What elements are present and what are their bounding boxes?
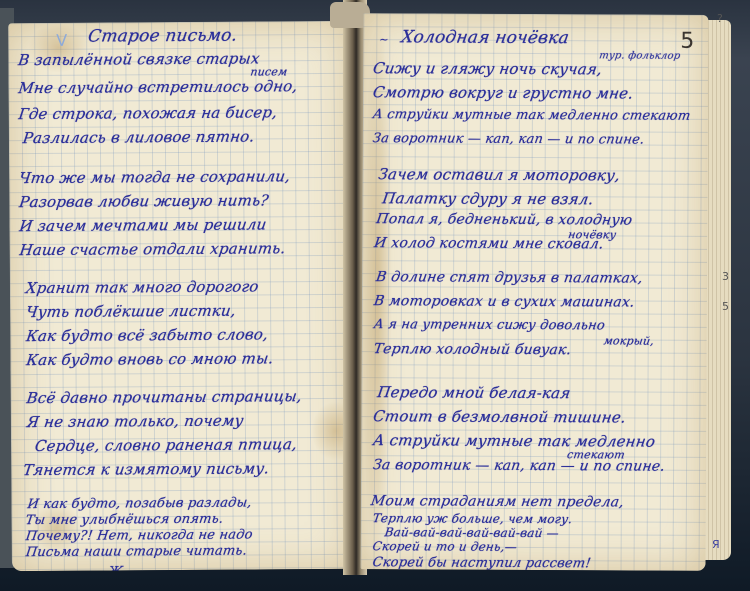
poem-line: И холод костями мне сковал. — [373, 235, 605, 252]
poem-line: Скорей и то и день,— — [372, 539, 518, 554]
poem-line: Передо мной белая-кая — [376, 383, 572, 402]
poem-line: Наше счастье отдали хранить. — [18, 239, 286, 259]
poem-line: Смотрю вокруг и грустно мне. — [372, 83, 635, 102]
poem-line: А я на утренних сижу довольно — [373, 317, 606, 333]
poem-line: А струйки мутные так медленно стекают — [372, 107, 692, 124]
corner-mark: ~ — [378, 33, 389, 46]
poem-line: Что же мы тогда не сохранили, — [18, 167, 291, 187]
poem-line: Моим страданиям нет предела, — [370, 493, 625, 510]
poem-line: Вай-вай-вай-вай-вай-вай — — [384, 525, 560, 540]
poem-line: Как будто всё забыто слово, — [25, 325, 269, 345]
poem-line: Чуть поблёкшие листки, — [25, 302, 237, 321]
poem-line: мокрый, — [603, 334, 655, 347]
right-page: 5 ~ Холодная ночёвка тур. фольклор Сижу … — [361, 13, 709, 571]
poem-line: Я не знаю только, почему — [26, 412, 245, 432]
poem-line: Мне случайно встретилось одно, — [17, 77, 298, 97]
page-stack-edge — [705, 20, 731, 560]
poem-line: За воротник — кап, кап — и по спине. — [372, 131, 646, 147]
poem-line: Скорей бы наступил рассвет! — [371, 555, 591, 571]
poem-line: Тянется к измятому письму. — [22, 459, 271, 479]
poem-line: Стоит в безмолвной тишине. — [372, 407, 627, 426]
check-mark: V — [56, 31, 67, 50]
margin-mark: Я — [712, 538, 720, 551]
poem-title: Холодная ночёвка — [400, 27, 571, 48]
poem-line: Ты мне улыбнёшься опять. — [25, 512, 225, 528]
poem-line: Разорвав любви живую нить? — [18, 191, 270, 211]
poem-line: И зачем мечтами мы решили — [18, 215, 267, 235]
poem-line: В долине спят друзья в палатках, — [375, 269, 644, 286]
poem-line: За воротник — кап, кап — и по спине. — [372, 457, 666, 475]
poem-line: Почему?! Нет, никогда не надо — [25, 527, 254, 544]
poem-subtitle: тур. фольклор — [598, 50, 681, 61]
poem-line: В запылённой связке старых — [17, 49, 261, 69]
left-page: V Старое письмо. В запылённой связке ста… — [8, 21, 352, 571]
poem-line: И как будто, позабыв разлады, — [26, 495, 252, 512]
poem-line: Как будто вновь со мною ты. — [25, 349, 275, 369]
page-number: 5 — [680, 29, 694, 54]
poem-line: Всё давно прочитаны страницы, — [26, 387, 304, 407]
poem-line: Где строка, похожая на бисер, — [18, 103, 279, 123]
margin-mark: 3 — [722, 270, 729, 283]
poem-line: Попал я, бедненький, в холодную — [375, 211, 633, 228]
poem-line: Хранит так много дорогого — [25, 277, 260, 297]
poem-line: Зачем оставил я моторовку, — [377, 165, 621, 184]
margin-mark: 5 — [722, 300, 729, 313]
poem-line: Терплю холодный бивуак. — [373, 341, 573, 358]
footer-mark: Ж — [107, 564, 124, 571]
poem-line: Палатку сдуру я не взял. — [381, 189, 595, 208]
poem-line: Терплю уж больше, чем могу. — [372, 511, 574, 526]
poem-line: В моторовках и в сухих машинах. — [373, 293, 636, 310]
poem-line: Сердце, словно раненая птица, — [34, 435, 298, 455]
poem-line: Сижу и гляжу ночь скучая, — [372, 59, 604, 78]
poem-title: Старое письмо. — [87, 26, 239, 47]
poem-line: Письма наши старые читать. — [25, 544, 248, 561]
poem-line: Разлилась в лиловое пятно. — [22, 127, 256, 147]
margin-mark: ? — [717, 12, 723, 25]
